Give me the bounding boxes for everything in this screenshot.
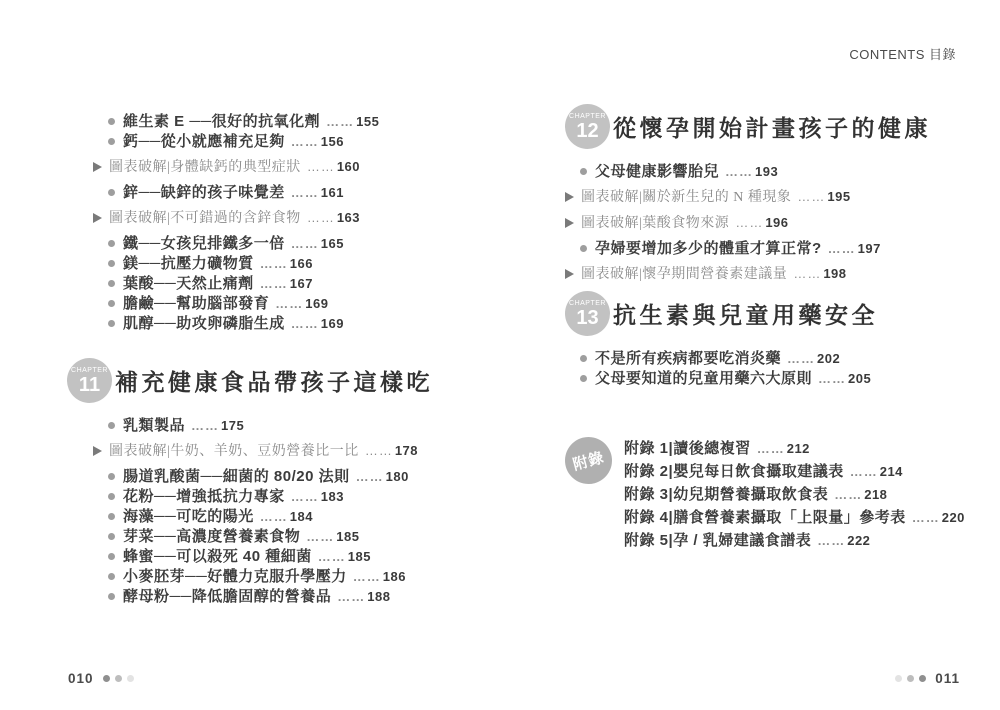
appendix-item[interactable]: 附錄 5|孕 / 乳婦建議食譜表……222 xyxy=(624,531,965,550)
footer-dot-icon xyxy=(919,675,926,682)
dot-leader: …… xyxy=(291,235,319,252)
toc-item-title: 不是所有疾病都要吃消炎藥 xyxy=(595,350,781,367)
appendix-item-title: 附錄 1|讀後總複習 xyxy=(624,439,751,458)
dot-leader: …… xyxy=(834,485,862,504)
appendix-item-title: 附錄 5|孕 / 乳婦建議食譜表 xyxy=(624,531,811,550)
bullet-icon xyxy=(108,300,115,307)
chapter-badge-number: 12 xyxy=(576,121,598,141)
page-number-left-value: 010 xyxy=(68,671,94,686)
toc-item[interactable]: 肌醇──助攻卵磷脂生成……169 xyxy=(93,315,533,332)
dot-leader: …… xyxy=(828,240,856,257)
chapter-12-title: 從懷孕開始計畫孩子的健康 xyxy=(613,110,931,143)
appendix-item-title: 附錄 3|幼兒期營養攝取飲食表 xyxy=(624,485,828,504)
dot-leader: …… xyxy=(260,508,288,525)
bullet-icon xyxy=(580,245,587,252)
chapter-badge-label: CHAPTER xyxy=(71,367,108,374)
chapter-13-list: 不是所有疾病都要吃消炎藥……202 父母要知道的兒童用藥六大原則……205 xyxy=(565,350,1000,387)
page-number-right: 011 xyxy=(895,671,960,686)
toc-item-page: 169 xyxy=(305,295,328,312)
dot-leader: …… xyxy=(191,417,219,434)
toc-item-page: 196 xyxy=(765,214,788,231)
toc-item-title: 圖表破解|身體缺鈣的典型症狀 xyxy=(109,159,301,176)
dot-leader: …… xyxy=(353,568,381,585)
toc-item[interactable]: 乳類製品……175 xyxy=(93,417,533,434)
toc-item-title: 父母健康影響胎兒 xyxy=(595,163,719,180)
chapter-13-title: 抗生素與兒童用藥安全 xyxy=(613,297,878,330)
toc-item-title: 圖表破解|關於新生兒的 N 種現象 xyxy=(581,189,791,206)
triangle-icon xyxy=(93,446,102,456)
dot-leader: …… xyxy=(306,528,334,545)
page-number-right-value: 011 xyxy=(935,671,960,686)
appendix-item[interactable]: 附錄 2|嬰兒每日飲食攝取建議表……214 xyxy=(624,462,965,481)
footer-dot-icon xyxy=(895,675,902,682)
appendix-badge: 附錄 xyxy=(560,432,618,490)
toc-item-title: 腸道乳酸菌──細菌的 80/20 法則 xyxy=(123,468,350,485)
toc-item-title: 圖表破解|牛奶、羊奶、豆奶營養比一比 xyxy=(109,443,359,460)
chapter-11-header: CHAPTER 11 補充健康食品帶孩子這樣吃 xyxy=(67,358,533,403)
toc-item[interactable]: 酵母粉──降低膽固醇的營養品……188 xyxy=(93,588,533,605)
toc-item-page: 183 xyxy=(321,488,344,505)
bullet-icon xyxy=(580,355,587,362)
bullet-icon xyxy=(108,280,115,287)
appendix-item-page: 214 xyxy=(880,462,903,481)
dot-leader: …… xyxy=(735,214,763,231)
toc-item[interactable]: 腸道乳酸菌──細菌的 80/20 法則……180 xyxy=(93,468,533,485)
toc-item-page: 186 xyxy=(383,568,406,585)
dot-leader: …… xyxy=(725,163,753,180)
bullet-icon xyxy=(108,189,115,196)
dot-leader: …… xyxy=(757,439,785,458)
page-number-left: 010 xyxy=(68,671,134,686)
toc-item-page: 205 xyxy=(848,370,871,387)
toc-item[interactable]: 芽菜──高濃度營養素食物……185 xyxy=(93,528,533,545)
bullet-icon xyxy=(108,118,115,125)
bullet-icon xyxy=(108,260,115,267)
toc-item-title: 維生素 E ──很好的抗氧化劑 xyxy=(123,113,320,130)
toc-item[interactable]: 孕婦要增加多少的體重才算正常?……197 xyxy=(565,240,1000,257)
toc-item-page: 167 xyxy=(290,275,313,292)
dot-leader: …… xyxy=(260,275,288,292)
triangle-icon xyxy=(93,162,102,172)
appendix-item-title: 附錄 2|嬰兒每日飲食攝取建議表 xyxy=(624,462,844,481)
bullet-icon xyxy=(108,320,115,327)
toc-item[interactable]: 維生素 E ──很好的抗氧化劑……155 xyxy=(93,113,533,130)
dot-leader: …… xyxy=(850,462,878,481)
bullet-icon xyxy=(108,593,115,600)
toc-item[interactable]: 鋅──缺鋅的孩子味覺差……161 xyxy=(93,184,533,201)
toc-item-page: 185 xyxy=(348,548,371,565)
bullet-icon xyxy=(108,473,115,480)
toc-item[interactable]: 花粉──增強抵抗力專家……183 xyxy=(93,488,533,505)
footer-dot-icon xyxy=(907,675,914,682)
dot-leader: …… xyxy=(318,548,346,565)
dot-leader: …… xyxy=(291,133,319,150)
toc-item-page: 163 xyxy=(337,209,360,226)
footer-dot-icon xyxy=(103,675,110,682)
dot-leader: …… xyxy=(307,158,335,175)
toc-item-page: 202 xyxy=(817,350,840,367)
toc-item-page: 185 xyxy=(336,528,359,545)
toc-chart-item[interactable]: 圖表破解|懷孕期間營養素建議量……198 xyxy=(565,265,1000,283)
toc-item-page: 165 xyxy=(321,235,344,252)
chapter-11-title: 補充健康食品帶孩子這樣吃 xyxy=(115,364,433,397)
toc-item-title: 葉酸──天然止痛劑 xyxy=(123,275,254,292)
triangle-icon xyxy=(565,218,574,228)
toc-item-title: 蜂蜜──可以殺死 40 種細菌 xyxy=(123,548,312,565)
dot-leader: …… xyxy=(365,442,393,459)
bullet-icon xyxy=(108,553,115,560)
right-column: CHAPTER 12 從懷孕開始計畫孩子的健康 父母健康影響胎兒……193 圖表… xyxy=(565,104,1000,554)
footer-dot-icon xyxy=(127,675,134,682)
toc-item-title: 膽鹼──幫助腦部發育 xyxy=(123,295,269,312)
chapter-badge-label: CHAPTER xyxy=(569,300,606,307)
toc-item[interactable]: 蜂蜜──可以殺死 40 種細菌……185 xyxy=(93,548,533,565)
toc-chart-item[interactable]: 圖表破解|葉酸食物來源……196 xyxy=(565,214,1000,232)
toc-item[interactable]: 葉酸──天然止痛劑……167 xyxy=(93,275,533,292)
dot-leader: …… xyxy=(817,531,845,550)
chapter-12-header: CHAPTER 12 從懷孕開始計畫孩子的健康 xyxy=(565,104,1000,149)
dot-leader: …… xyxy=(787,350,815,367)
toc-item-page: 195 xyxy=(827,188,850,205)
toc-item-title: 圖表破解|懷孕期間營養素建議量 xyxy=(581,266,787,283)
triangle-icon xyxy=(565,192,574,202)
toc-item-title: 海藻──可吃的陽光 xyxy=(123,508,254,525)
toc-item[interactable]: 膽鹼──幫助腦部發育……169 xyxy=(93,295,533,312)
toc-item-page: 184 xyxy=(290,508,313,525)
triangle-icon xyxy=(93,213,102,223)
toc-item-page: 197 xyxy=(858,240,881,257)
toc-item-page: 188 xyxy=(367,588,390,605)
chapter-12-list: 父母健康影響胎兒……193 圖表破解|關於新生兒的 N 種現象……195 圖表破… xyxy=(565,163,1000,283)
bullet-icon xyxy=(108,240,115,247)
appendix-section: 附錄 附錄 1|讀後總複習……212 附錄 2|嬰兒每日飲食攝取建議表……214… xyxy=(565,435,1000,554)
chapter-11-list: 乳類製品……175 圖表破解|牛奶、羊奶、豆奶營養比一比……178 腸道乳酸菌─… xyxy=(93,417,533,605)
chapter-13-badge: CHAPTER 13 xyxy=(565,291,610,336)
chapter-11-badge: CHAPTER 11 xyxy=(67,358,112,403)
toc-page: CONTENTS 目錄 維生素 E ──很好的抗氧化劑……155 鈣──從小就應… xyxy=(0,0,1000,710)
toc-item-page: 166 xyxy=(290,255,313,272)
toc-item-page: 178 xyxy=(395,442,418,459)
toc-chart-item[interactable]: 圖表破解|不可錯過的含鋅食物……163 xyxy=(93,209,533,227)
page-header-label: CONTENTS 目錄 xyxy=(849,44,956,63)
chapter-badge-number: 13 xyxy=(576,308,598,328)
chapter-badge-label: CHAPTER xyxy=(569,113,606,120)
appendix-item-title: 附錄 4|膳食營養素攝取「上限量」參考表 xyxy=(624,508,906,527)
toc-item-page: 161 xyxy=(321,184,344,201)
bullet-icon xyxy=(108,533,115,540)
toc-item-title: 鋅──缺鋅的孩子味覺差 xyxy=(123,184,285,201)
toc-item[interactable]: 不是所有疾病都要吃消炎藥……202 xyxy=(565,350,1000,367)
toc-item-title: 肌醇──助攻卵磷脂生成 xyxy=(123,315,285,332)
toc-item-title: 芽菜──高濃度營養素食物 xyxy=(123,528,300,545)
toc-item-title: 孕婦要增加多少的體重才算正常? xyxy=(595,240,822,257)
dot-leader: …… xyxy=(356,468,384,485)
dot-leader: …… xyxy=(818,370,846,387)
toc-item[interactable]: 鈣──從小就應補充足夠……156 xyxy=(93,133,533,150)
appendix-list: 附錄 1|讀後總複習……212 附錄 2|嬰兒每日飲食攝取建議表……214 附錄… xyxy=(624,435,965,554)
bullet-icon xyxy=(108,513,115,520)
toc-item[interactable]: 小麥胚芽──好體力克服升學壓力……186 xyxy=(93,568,533,585)
toc-item-title: 父母要知道的兒童用藥六大原則 xyxy=(595,370,812,387)
toc-chart-item[interactable]: 圖表破解|牛奶、羊奶、豆奶營養比一比……178 xyxy=(93,442,533,460)
toc-item-title: 小麥胚芽──好體力克服升學壓力 xyxy=(123,568,347,585)
bullet-icon xyxy=(580,168,587,175)
chapter-12-badge: CHAPTER 12 xyxy=(565,104,610,149)
chapter-13-header: CHAPTER 13 抗生素與兒童用藥安全 xyxy=(565,291,1000,336)
bullet-icon xyxy=(108,573,115,580)
dot-leader: …… xyxy=(797,188,825,205)
toc-item-page: 155 xyxy=(356,113,379,130)
chapter-badge-number: 11 xyxy=(79,375,100,395)
dot-leader: …… xyxy=(326,113,354,130)
toc-item-title: 花粉──增強抵抗力專家 xyxy=(123,488,285,505)
toc-item-title: 乳類製品 xyxy=(123,417,185,434)
toc-item-title: 鎂──抗壓力礦物質 xyxy=(123,255,254,272)
dot-leader: …… xyxy=(291,315,319,332)
toc-item-page: 156 xyxy=(321,133,344,150)
toc-item[interactable]: 海藻──可吃的陽光……184 xyxy=(93,508,533,525)
footer-dot-icon xyxy=(115,675,122,682)
dot-leader: …… xyxy=(337,588,365,605)
toc-item-page: 160 xyxy=(337,158,360,175)
left-column: 維生素 E ──很好的抗氧化劑……155 鈣──從小就應補充足夠……156 圖表… xyxy=(93,110,533,608)
toc-item-title: 酵母粉──降低膽固醇的營養品 xyxy=(123,588,331,605)
dot-leader: …… xyxy=(291,184,319,201)
toc-item-title: 鐵──女孩兒排鐵多一倍 xyxy=(123,235,285,252)
toc-item-page: 175 xyxy=(221,417,244,434)
bullet-icon xyxy=(580,375,587,382)
toc-chart-item[interactable]: 圖表破解|身體缺鈣的典型症狀……160 xyxy=(93,158,533,176)
appendix-item-page: 212 xyxy=(787,439,810,458)
toc-item[interactable]: 父母要知道的兒童用藥六大原則……205 xyxy=(565,370,1000,387)
toc-item[interactable]: 鎂──抗壓力礦物質……166 xyxy=(93,255,533,272)
toc-item[interactable]: 鐵──女孩兒排鐵多一倍……165 xyxy=(93,235,533,252)
toc-item-page: 180 xyxy=(386,468,409,485)
appendix-item[interactable]: 附錄 1|讀後總複習……212 xyxy=(624,439,965,458)
toc-item-page: 169 xyxy=(321,315,344,332)
dot-leader: …… xyxy=(307,209,335,226)
triangle-icon xyxy=(565,269,574,279)
appendix-item-page: 218 xyxy=(864,485,887,504)
toc-item-title: 圖表破解|不可錯過的含鋅食物 xyxy=(109,210,301,227)
toc-chart-item[interactable]: 圖表破解|關於新生兒的 N 種現象……195 xyxy=(565,188,1000,206)
appendix-item[interactable]: 附錄 3|幼兒期營養攝取飲食表……218 xyxy=(624,485,965,504)
bullet-icon xyxy=(108,138,115,145)
toc-item[interactable]: 父母健康影響胎兒……193 xyxy=(565,163,1000,180)
toc-item-page: 198 xyxy=(823,265,846,282)
toc-item-title: 圖表破解|葉酸食物來源 xyxy=(581,215,729,232)
appendix-item[interactable]: 附錄 4|膳食營養素攝取「上限量」參考表……220 xyxy=(624,508,965,527)
bullet-icon xyxy=(108,493,115,500)
dot-leader: …… xyxy=(260,255,288,272)
dot-leader: …… xyxy=(912,508,940,527)
appendix-item-page: 220 xyxy=(942,508,965,527)
left-intro-list: 維生素 E ──很好的抗氧化劑……155 鈣──從小就應補充足夠……156 圖表… xyxy=(93,113,533,332)
dot-leader: …… xyxy=(275,295,303,312)
dot-leader: …… xyxy=(793,265,821,282)
dot-leader: …… xyxy=(291,488,319,505)
appendix-item-page: 222 xyxy=(847,531,870,550)
toc-item-title: 鈣──從小就應補充足夠 xyxy=(123,133,285,150)
bullet-icon xyxy=(108,422,115,429)
toc-item-page: 193 xyxy=(755,163,778,180)
